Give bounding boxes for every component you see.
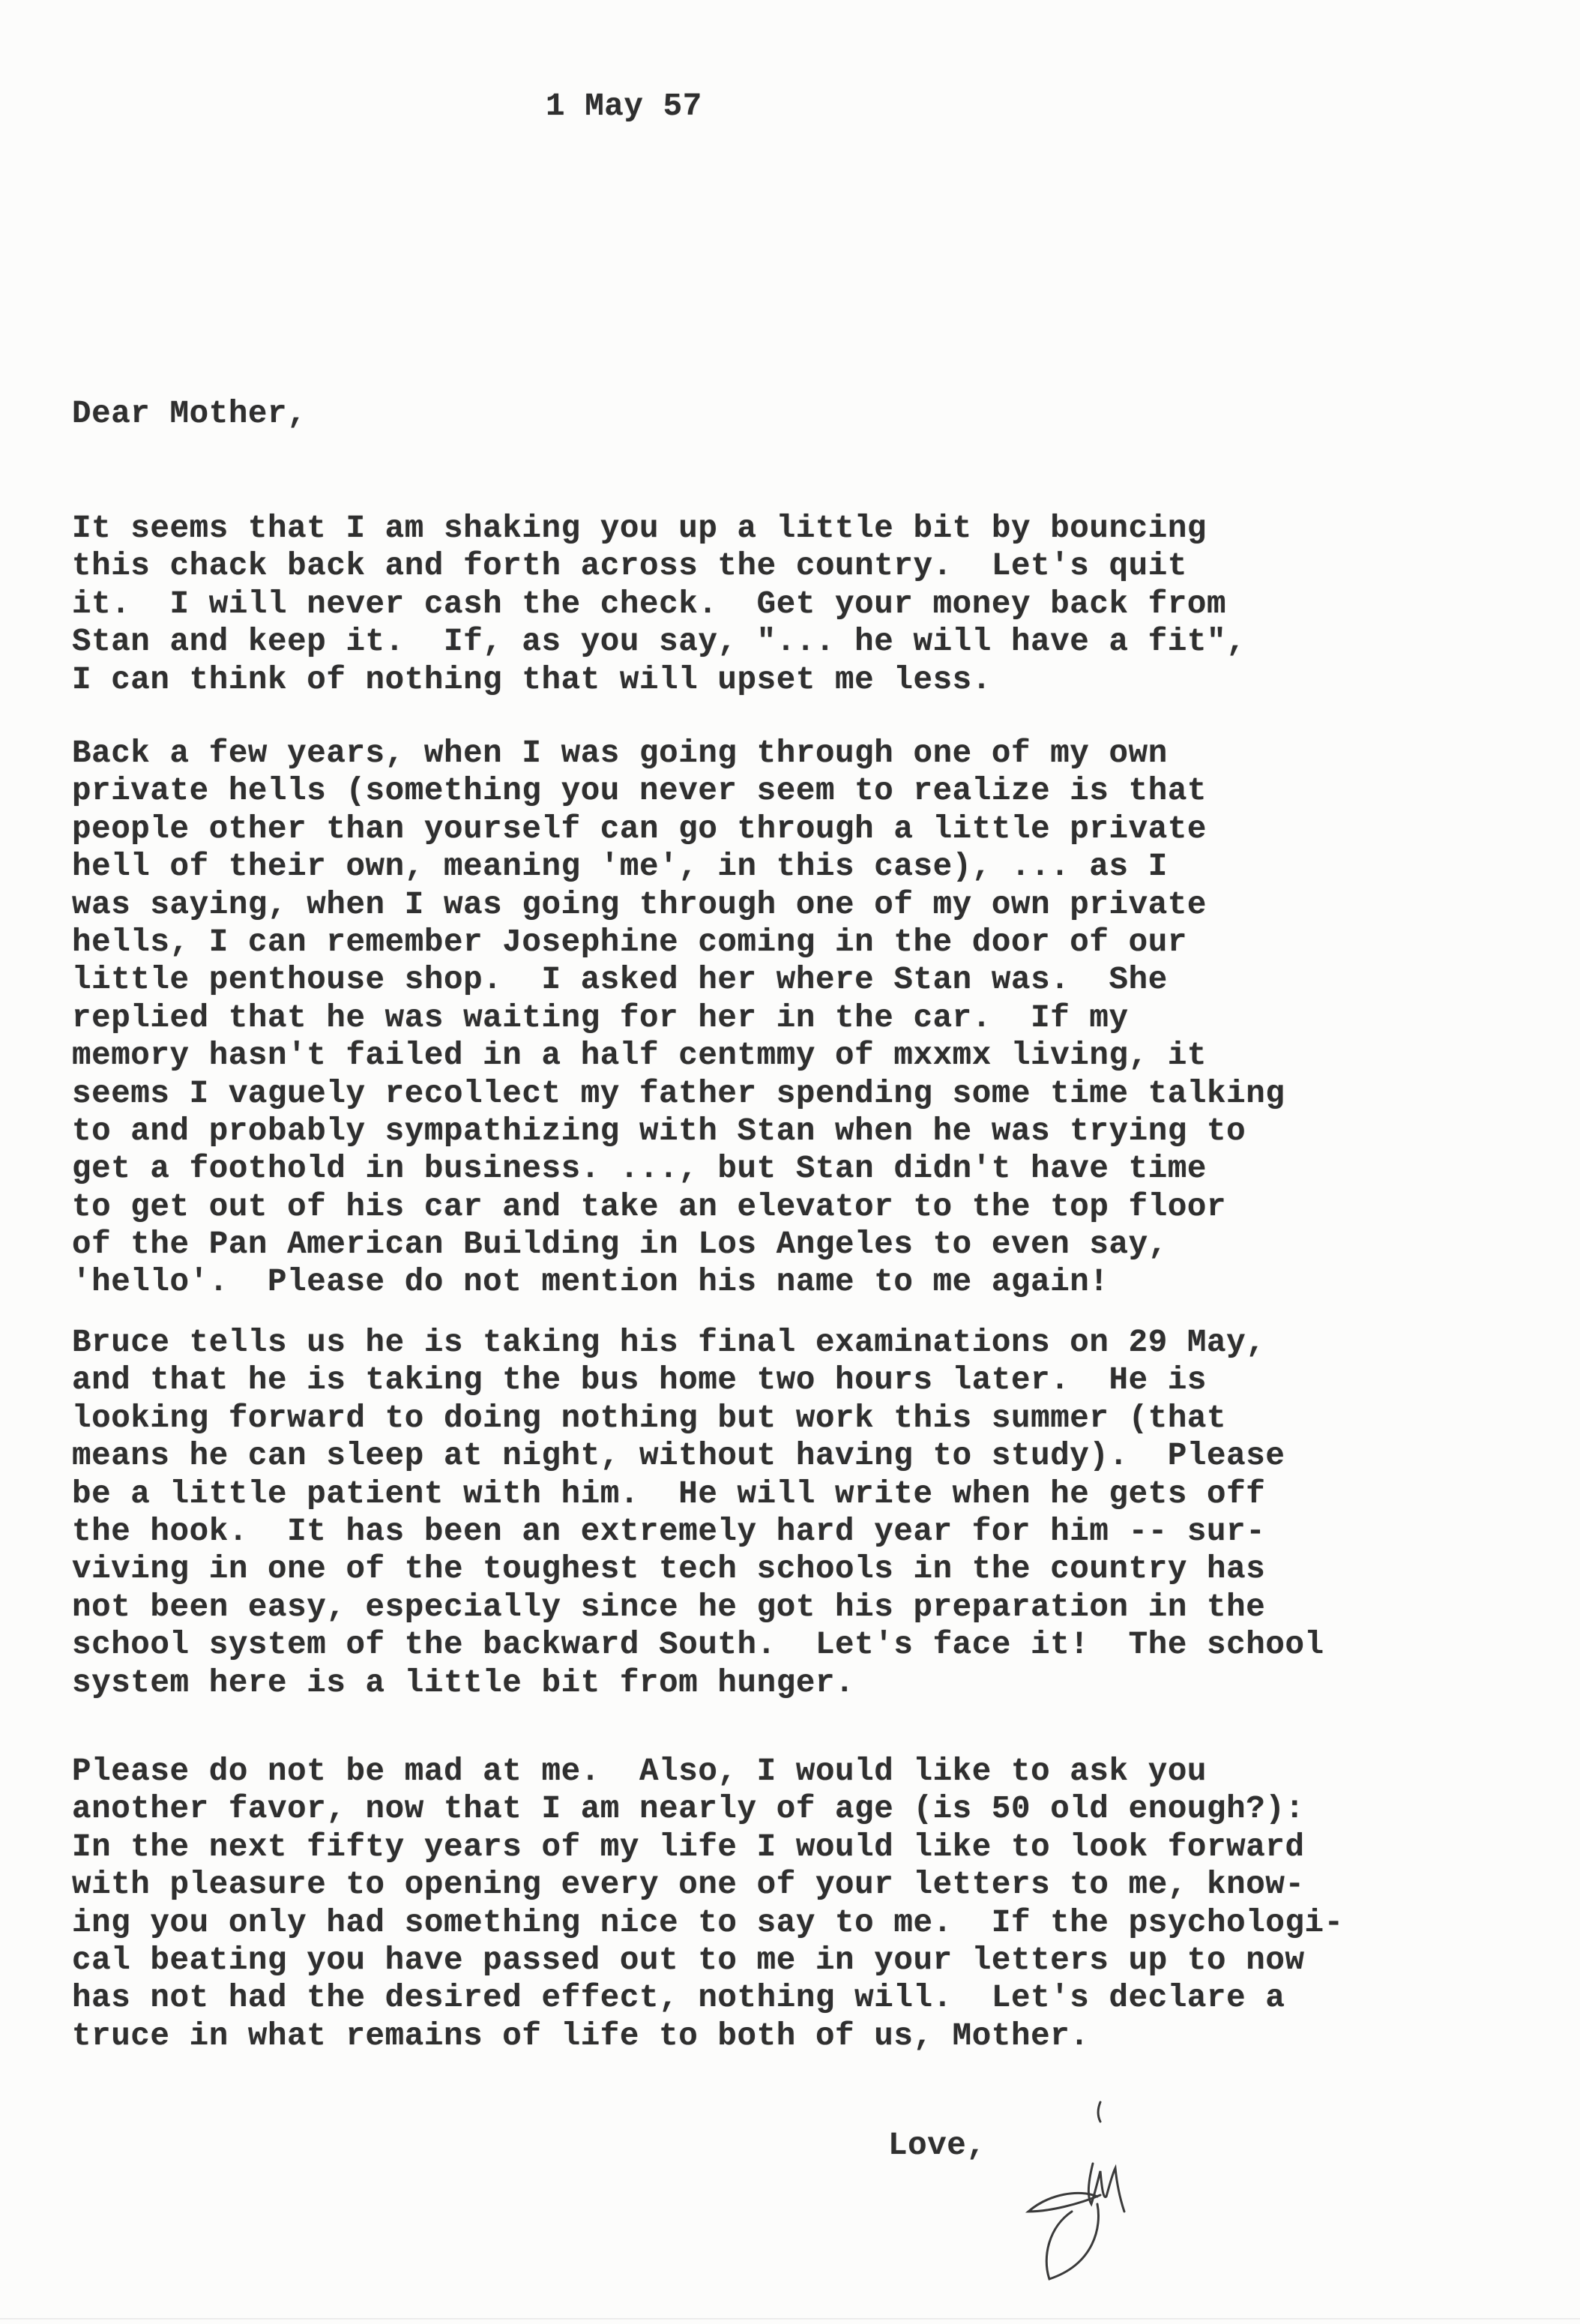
text-line: cal beating you have passed out to me in… (72, 1942, 1344, 1979)
closing: Love, (888, 2128, 986, 2164)
text-line: truce in what remains of life to both of… (72, 2017, 1344, 2055)
text-line: the hook. It has been an extremely hard … (72, 1513, 1324, 1550)
paragraph-2: Back a few years, when I was going throu… (72, 735, 1285, 1301)
text-line: I can think of nothing that will upset m… (72, 661, 1246, 699)
text-line: In the next fifty years of my life I wou… (72, 1828, 1344, 1866)
text-line: replied that he was waiting for her in t… (72, 999, 1285, 1037)
text-line: Please do not be mad at me. Also, I woul… (72, 1753, 1344, 1790)
text-line: seems I vaguely recollect my father spen… (72, 1075, 1285, 1113)
paragraph-1: It seems that I am shaking you up a litt… (72, 510, 1246, 699)
text-line: Back a few years, when I was going throu… (72, 735, 1285, 772)
text-line: ing you only had something nice to say t… (72, 1904, 1344, 1942)
text-line: and that he is taking the bus home two h… (72, 1361, 1324, 1399)
text-line: means he can sleep at night, without hav… (72, 1437, 1324, 1475)
text-line: school system of the backward South. Let… (72, 1626, 1324, 1664)
text-line: viving in one of the toughest tech schoo… (72, 1550, 1324, 1588)
text-line: little penthouse shop. I asked her where… (72, 961, 1285, 999)
letter-date: 1 May 57 (546, 88, 702, 124)
text-line: It seems that I am shaking you up a litt… (72, 510, 1246, 547)
text-line: to get out of his car and take an elevat… (72, 1188, 1285, 1226)
text-line: 'hello'. Please do not mention his name … (72, 1263, 1285, 1301)
text-line: this chack back and forth across the cou… (72, 547, 1246, 585)
text-line: has not had the desired effect, nothing … (72, 1979, 1344, 2017)
signature-icon (1019, 2099, 1184, 2294)
text-line: hells, I can remember Josephine coming i… (72, 924, 1285, 961)
text-line: Bruce tells us he is taking his final ex… (72, 1324, 1324, 1361)
text-line: another favor, now that I am nearly of a… (72, 1790, 1344, 1828)
text-line: memory hasn't failed in a half centmmy o… (72, 1037, 1285, 1074)
text-line: hell of their own, meaning 'me', in this… (72, 848, 1285, 885)
text-line: with pleasure to opening every one of yo… (72, 1866, 1344, 1903)
text-line: looking forward to doing nothing but wor… (72, 1400, 1324, 1437)
text-line: was saying, when I was going through one… (72, 886, 1285, 924)
text-line: people other than yourself can go throug… (72, 810, 1285, 848)
text-line: of the Pan American Building in Los Ange… (72, 1226, 1285, 1263)
text-line: it. I will never cash the check. Get you… (72, 585, 1246, 623)
paragraph-4: Please do not be mad at me. Also, I woul… (72, 1753, 1344, 2055)
text-line: get a foothold in business. ..., but Sta… (72, 1150, 1285, 1187)
text-line: be a little patient with him. He will wr… (72, 1475, 1324, 1513)
text-line: Stan and keep it. If, as you say, "... h… (72, 623, 1246, 660)
paragraph-3: Bruce tells us he is taking his final ex… (72, 1324, 1324, 1702)
text-line: system here is a little bit from hunger. (72, 1664, 1324, 1702)
letter-page: 1 May 57 Dear Mother, It seems that I am… (0, 0, 1580, 2324)
text-line: not been easy, especially since he got h… (72, 1589, 1324, 1626)
text-line: to and probably sympathizing with Stan w… (72, 1113, 1285, 1150)
salutation: Dear Mother, (72, 396, 307, 432)
page-bottom-edge (0, 2318, 1580, 2320)
text-line: private hells (something you never seem … (72, 772, 1285, 810)
